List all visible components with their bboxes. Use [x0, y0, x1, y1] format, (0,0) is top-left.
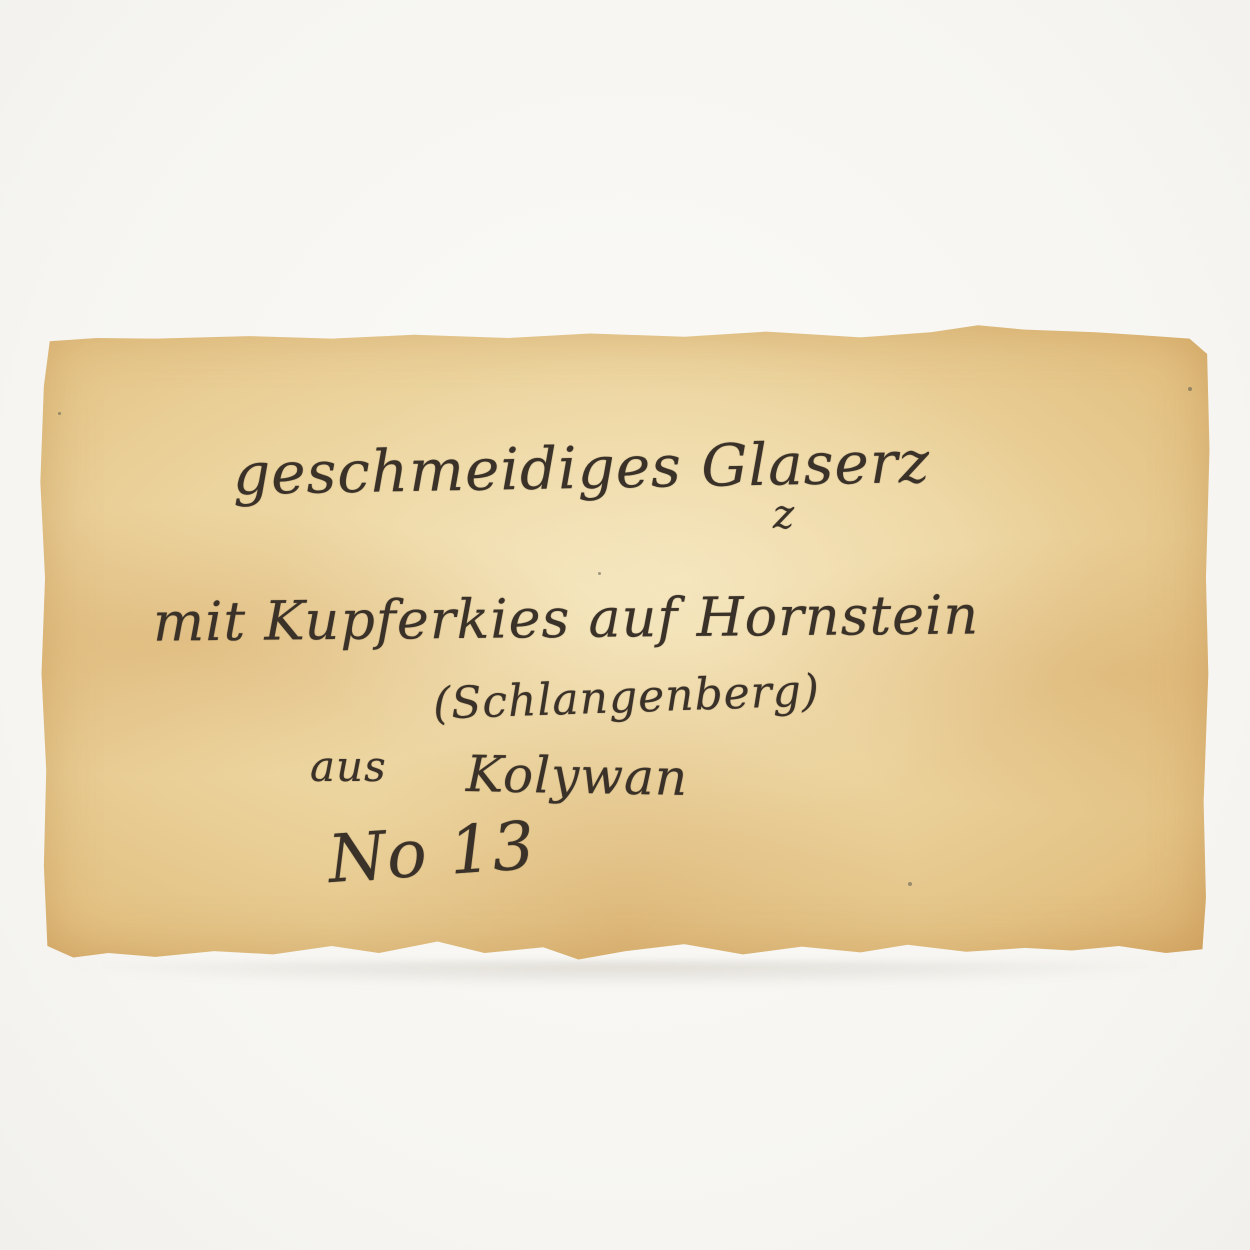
specimen-number-text: No 13 [326, 807, 538, 898]
paper-speck [58, 412, 61, 415]
photo-background: geschmeidiges Glaserz z mit Kupferkies a… [0, 0, 1250, 1250]
paper-speck [908, 882, 912, 886]
locality-region-text: Kolywan [466, 745, 689, 807]
paper-speck [1188, 387, 1192, 391]
mineral-name-text: geschmeidiges Glaserz [232, 428, 930, 508]
specimen-label: geschmeidiges Glaserz z mit Kupferkies a… [38, 322, 1213, 962]
locality-prefix-text: aus [310, 742, 387, 791]
paper-shadow [50, 962, 1200, 988]
mineral-mark-text: z [773, 492, 795, 538]
association-text: mit Kupferkies auf Hornstein [153, 583, 980, 653]
paper-speck [598, 572, 601, 575]
